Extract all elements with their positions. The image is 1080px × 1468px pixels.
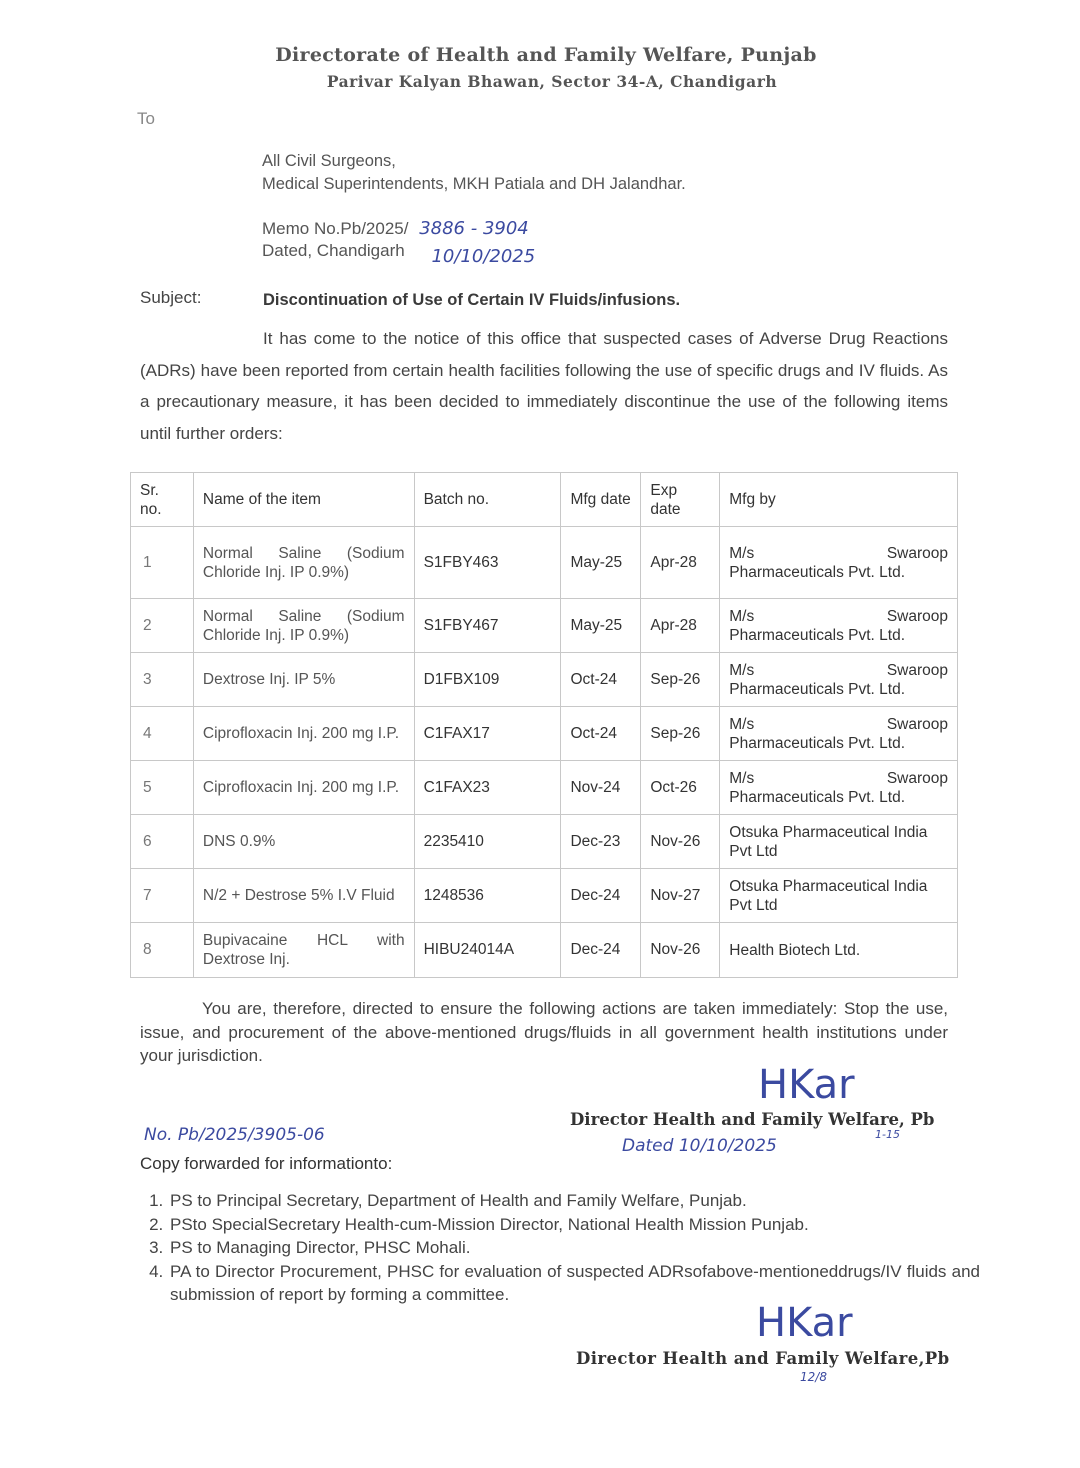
memo-date-handwritten: 10/10/2025 <box>431 246 535 267</box>
cell-batch: D1FBX109 <box>414 653 561 707</box>
mfg-by-suffix: Pharmaceuticals Pvt. Ltd. <box>729 563 948 582</box>
header-item-name: Name of the item <box>193 473 414 527</box>
table-header-row: Sr. no. Name of the item Batch no. Mfg d… <box>131 473 958 527</box>
cell-item-name: Normal Saline (Sodium Chloride Inj. IP 0… <box>193 527 414 599</box>
table-row: 3 Dextrose Inj. IP 5% D1FBX109 Oct-24 Se… <box>131 653 958 707</box>
cell-mfg-by: M/sSwaroopPharmaceuticals Pvt. Ltd. <box>720 527 958 599</box>
cell-item-name: Normal Saline (Sodium Chloride Inj. IP 0… <box>193 599 414 653</box>
copy-number-handwritten: No. Pb/2025/3905-06 <box>144 1125 325 1145</box>
cell-sr: 8 <box>131 923 194 978</box>
cell-sr: 4 <box>131 707 194 761</box>
cell-mfg-by: Health Biotech Ltd. <box>720 923 958 978</box>
mfg-by-name: Swaroop <box>887 769 948 788</box>
cell-sr: 1 <box>131 527 194 599</box>
table-row: 7 N/2 + Destrose 5% I.V Fluid 1248536 De… <box>131 869 958 923</box>
cell-mfg-by: M/sSwaroopPharmaceuticals Pvt. Ltd. <box>720 653 958 707</box>
recipient-line: All Civil Surgeons, <box>262 152 396 171</box>
mfg-by-name: Swaroop <box>887 607 948 626</box>
cell-sr: 5 <box>131 761 194 815</box>
cell-batch: C1FAX23 <box>414 761 561 815</box>
mfg-by-suffix: Pharmaceuticals Pvt. Ltd. <box>729 734 948 753</box>
cell-batch: 1248536 <box>414 869 561 923</box>
signature-scrawl: HKar <box>758 1062 855 1108</box>
table-row: 1 Normal Saline (Sodium Chloride Inj. IP… <box>131 527 958 599</box>
subject-label: Subject: <box>140 288 201 308</box>
cell-mfg-date: May-25 <box>561 599 641 653</box>
header-mfg-date: Mfg date <box>561 473 641 527</box>
cell-item-name: Bupivacaine HCL with Dextrose Inj. <box>193 923 414 978</box>
memo-number: Memo No.Pb/2025/ 3886 - 3904 <box>262 218 529 239</box>
cell-sr: 6 <box>131 815 194 869</box>
table-row: 4 Ciprofloxacin Inj. 200 mg I.P. C1FAX17… <box>131 707 958 761</box>
memo-date-label: Dated, Chandigarh <box>262 241 405 260</box>
to-label: To <box>137 109 155 129</box>
signature-initials: 1-15 <box>875 1128 900 1141</box>
cell-item-name: DNS 0.9% <box>193 815 414 869</box>
cell-exp-date: Sep-26 <box>641 653 720 707</box>
cell-exp-date: Oct-26 <box>641 761 720 815</box>
header-batch-no: Batch no. <box>414 473 561 527</box>
cell-mfg-by: M/sSwaroopPharmaceuticals Pvt. Ltd. <box>720 599 958 653</box>
intro-paragraph: It has come to the notice of this office… <box>140 323 948 449</box>
mfg-by-prefix: M/s <box>729 544 754 563</box>
signature-scrawl: HKar <box>756 1300 853 1346</box>
mfg-by-name: Swaroop <box>887 661 948 680</box>
cell-sr: 7 <box>131 869 194 923</box>
cell-mfg-by: M/sSwaroopPharmaceuticals Pvt. Ltd. <box>720 761 958 815</box>
signatory-title: Director Health and Family Welfare,Pb <box>576 1349 950 1368</box>
cell-mfg-date: Oct-24 <box>561 653 641 707</box>
mfg-by-suffix: Pharmaceuticals Pvt. Ltd. <box>729 626 948 645</box>
mfg-by-suffix: Pharmaceuticals Pvt. Ltd. <box>729 788 948 807</box>
letterhead-title: Directorate of Health and Family Welfare… <box>0 44 1080 66</box>
table-row: 6 DNS 0.9% 2235410 Dec-23 Nov-26 Otsuka … <box>131 815 958 869</box>
signature-date-handwritten: Dated 10/10/2025 <box>622 1136 777 1156</box>
cell-batch: C1FAX17 <box>414 707 561 761</box>
cell-mfg-date: Oct-24 <box>561 707 641 761</box>
cell-exp-date: Apr-28 <box>641 599 720 653</box>
memo-date: Dated, Chandigarh 10/10/2025 <box>262 240 535 261</box>
cell-exp-date: Apr-28 <box>641 527 720 599</box>
cell-mfg-by: M/sSwaroopPharmaceuticals Pvt. Ltd. <box>720 707 958 761</box>
copy-recipient: PSto SpecialSecretary Health-cum-Mission… <box>168 1213 980 1237</box>
cell-batch: 2235410 <box>414 815 561 869</box>
copy-recipient: PS to Managing Director, PHSC Mohali. <box>168 1236 980 1260</box>
cell-sr: 3 <box>131 653 194 707</box>
cell-sr: 2 <box>131 599 194 653</box>
subject-text: Discontinuation of Use of Certain IV Flu… <box>263 291 680 310</box>
cell-mfg-date: Dec-24 <box>561 923 641 978</box>
cell-mfg-date: Dec-24 <box>561 869 641 923</box>
cell-exp-date: Nov-27 <box>641 869 720 923</box>
copy-recipient-list: PS to Principal Secretary, Department of… <box>140 1189 980 1307</box>
cell-mfg-date: Dec-23 <box>561 815 641 869</box>
header-exp-date: Exp date <box>641 473 720 527</box>
table-row: 2 Normal Saline (Sodium Chloride Inj. IP… <box>131 599 958 653</box>
cell-item-name: Dextrose Inj. IP 5% <box>193 653 414 707</box>
cell-item-name: N/2 + Destrose 5% I.V Fluid <box>193 869 414 923</box>
cell-mfg-date: May-25 <box>561 527 641 599</box>
directive-paragraph: You are, therefore, directed to ensure t… <box>140 997 948 1068</box>
mfg-by-prefix: M/s <box>729 715 754 734</box>
discontinued-items-table: Sr. no. Name of the item Batch no. Mfg d… <box>130 472 958 978</box>
mfg-by-prefix: M/s <box>729 661 754 680</box>
cell-batch: S1FBY467 <box>414 599 561 653</box>
table-row: 5 Ciprofloxacin Inj. 200 mg I.P. C1FAX23… <box>131 761 958 815</box>
memo-number-handwritten: 3886 - 3904 <box>419 218 529 239</box>
cell-batch: S1FBY463 <box>414 527 561 599</box>
cell-exp-date: Nov-26 <box>641 923 720 978</box>
recipient-line: Medical Superintendents, MKH Patiala and… <box>262 175 686 194</box>
mfg-by-prefix: M/s <box>729 769 754 788</box>
copy-forwarded-label: Copy forwarded for informationto: <box>140 1154 392 1174</box>
copy-recipient: PS to Principal Secretary, Department of… <box>168 1189 980 1213</box>
copy-recipient: PA to Director Procurement, PHSC for eva… <box>168 1260 980 1307</box>
cell-exp-date: Sep-26 <box>641 707 720 761</box>
cell-item-name: Ciprofloxacin Inj. 200 mg I.P. <box>193 707 414 761</box>
cell-mfg-by: Otsuka Pharmaceutical India Pvt Ltd <box>720 869 958 923</box>
cell-mfg-date: Nov-24 <box>561 761 641 815</box>
cell-exp-date: Nov-26 <box>641 815 720 869</box>
header-mfg-by: Mfg by <box>720 473 958 527</box>
signatory-title: Director Health and Family Welfare, Pb <box>570 1110 934 1129</box>
cell-item-name: Ciprofloxacin Inj. 200 mg I.P. <box>193 761 414 815</box>
table-row: 8 Bupivacaine HCL with Dextrose Inj. HIB… <box>131 923 958 978</box>
mfg-by-name: Swaroop <box>887 715 948 734</box>
header-sr-no: Sr. no. <box>131 473 194 527</box>
signature-initials: 12/8 <box>800 1370 827 1384</box>
memo-number-label: Memo No.Pb/2025/ <box>262 219 408 238</box>
mfg-by-suffix: Pharmaceuticals Pvt. Ltd. <box>729 680 948 699</box>
mfg-by-name: Swaroop <box>887 544 948 563</box>
letterhead-address: Parivar Kalyan Bhawan, Sector 34-A, Chan… <box>0 72 1080 91</box>
cell-mfg-by: Otsuka Pharmaceutical India Pvt Ltd <box>720 815 958 869</box>
mfg-by-prefix: M/s <box>729 607 754 626</box>
cell-batch: HIBU24014A <box>414 923 561 978</box>
